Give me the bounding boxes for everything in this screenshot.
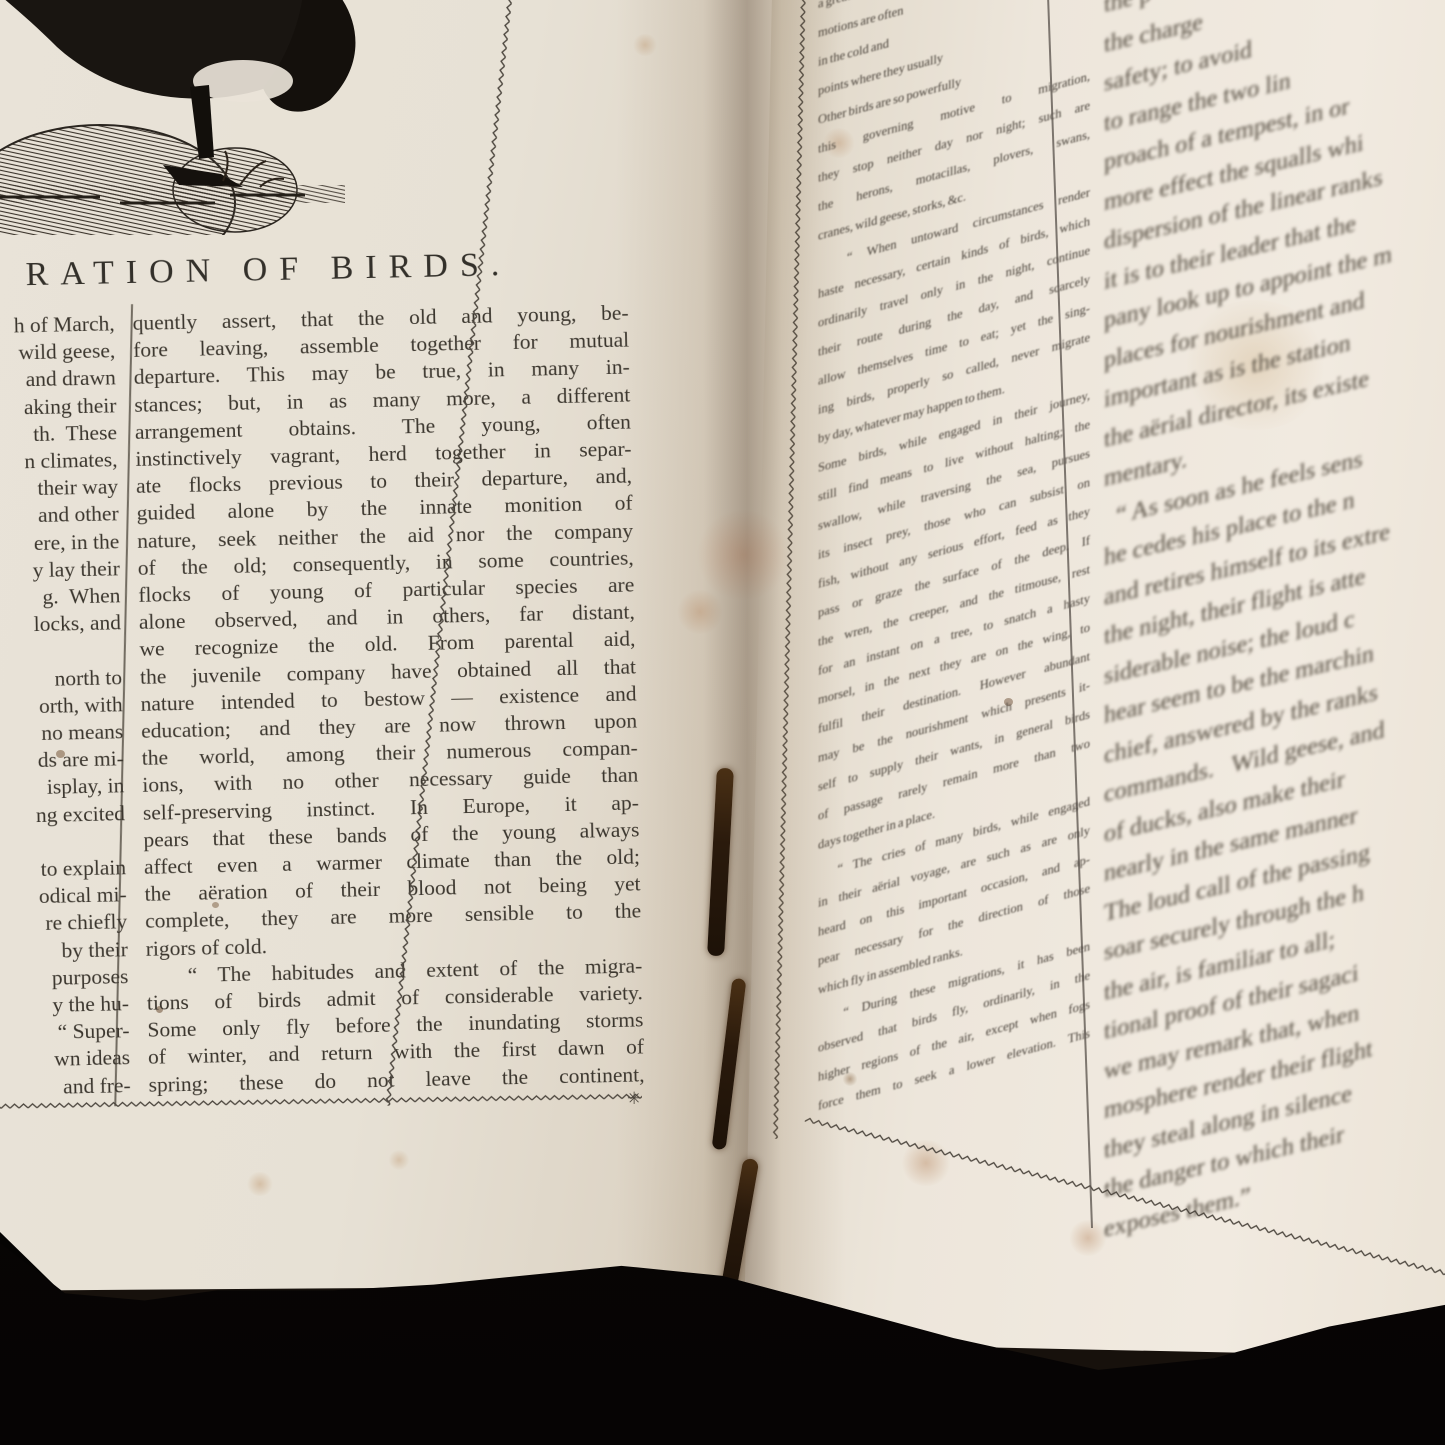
text-line: g. When [6,582,121,612]
text-line: north to [8,664,123,694]
text-line: isplay, in [10,773,125,803]
left-page-main-column: quently assert, that the old and young, … [132,300,644,1099]
page-title: RATION OF BIRDS. [25,246,511,294]
text-line: “ Super- [15,1017,130,1047]
text-line: locks, and [7,609,122,639]
text-line: wn ideas [16,1045,131,1075]
text-line: purposes [14,963,129,993]
text-line: to explain [12,854,127,884]
text-line: h of March, [0,310,115,340]
text-line: their way [4,473,119,503]
text-line: ere, in the [5,528,120,558]
text-line: no means [9,718,124,748]
text-line: odical mi- [12,881,127,911]
text-line: y the hu- [15,990,130,1020]
text-line: ds are mi- [10,745,125,775]
text-line: th. These [3,419,118,449]
text-line: and fre- [16,1072,131,1102]
text-line [7,637,122,667]
text-line: orth, with [8,691,123,721]
text-line: aking their [2,392,117,422]
text-line: ng excited [11,800,126,830]
text-line: n climates, [3,446,118,476]
text-line [11,827,126,857]
text-line: wild geese, [1,338,116,368]
text-line: re chiefly [13,909,128,939]
text-line: and drawn [2,365,117,395]
right-page-left-column: a greatmotions are oftenin the cold andp… [818,0,1090,1121]
right-page-right-column: the pthe chargesafety; to avoidto range … [1104,0,1445,1250]
left-page-narrow-column: h of March,wild geese,and drawnaking the… [0,310,130,1101]
text-line: and other [4,501,119,531]
text-line: y lay their [6,555,121,585]
left-page: RATION OF BIRDS. h of March,wild geese,a… [0,0,791,1306]
book-photograph: RATION OF BIRDS. h of March,wild geese,a… [0,0,1445,1445]
text-line: by their [14,936,129,966]
